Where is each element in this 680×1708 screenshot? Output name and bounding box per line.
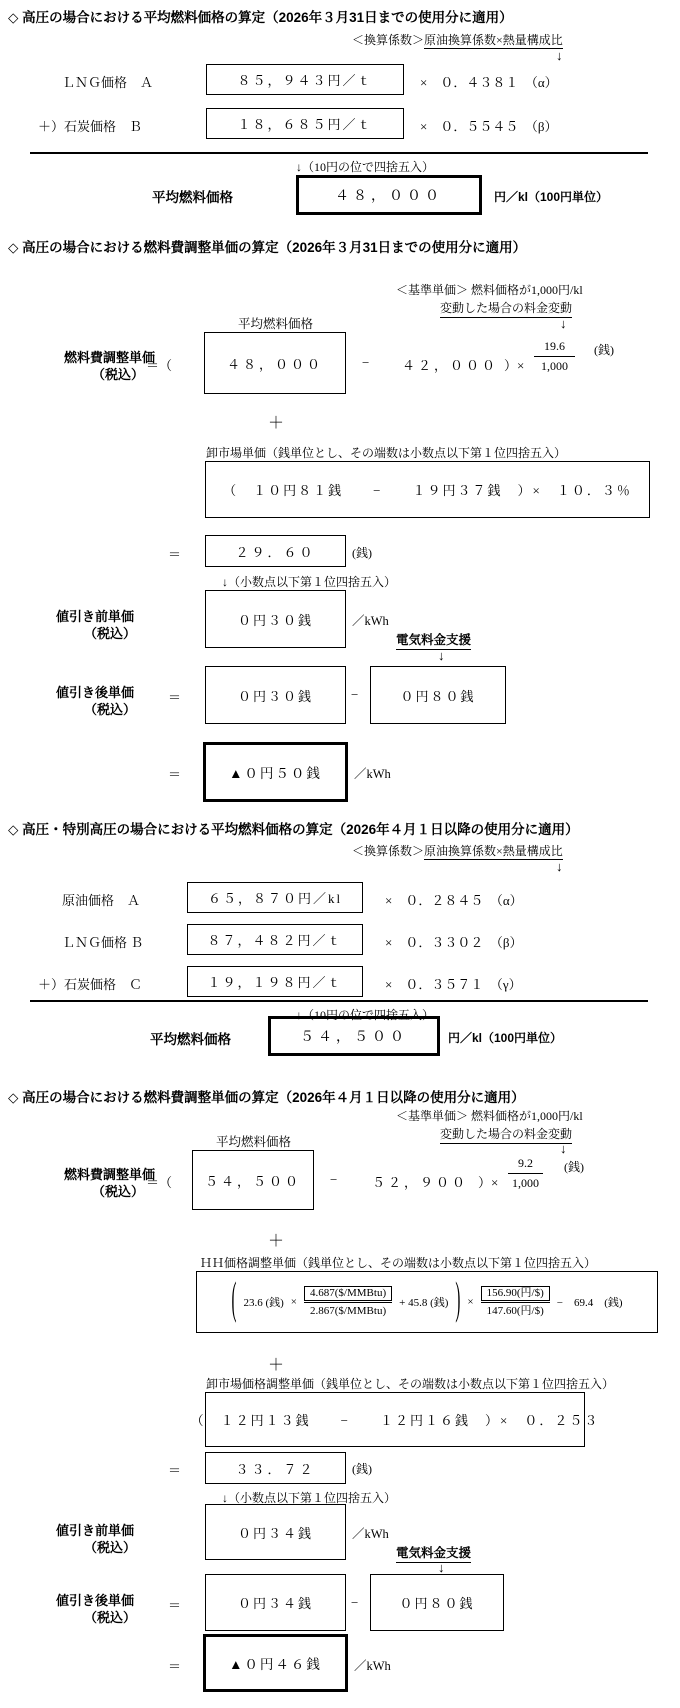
pre-discount-box: ０円３０銭 [205, 590, 346, 648]
minus-sign: − [330, 1172, 337, 1188]
hh-fx-numerator-box: 156.90(円/$) [481, 1286, 550, 1301]
base-unit-note-line2: 変動した場合の料金変動 [440, 299, 572, 318]
crude-price-label: 原油価格 Ａ [62, 890, 140, 909]
avg-price-eq-value: ５４，５００ [205, 1171, 301, 1190]
final-unit-value: ▲０円５０銭 [229, 762, 322, 782]
conversion-note-prefix: ＜換算係数＞ [352, 844, 424, 858]
post-discount-label2: （税込） [84, 699, 136, 718]
avg-fuel-price-box: ５４，５００ [268, 1016, 440, 1056]
subtotal-value: ２９．６０ [235, 542, 315, 561]
section1-conversion-note: ＜換算係数＞原油換算係数×熱量構成比 [352, 31, 563, 48]
market-price-formula: （ １０円８１銭 − １９円３７銭 ）× １０．３％ [223, 480, 632, 499]
subtotal-box: ２９．６０ [205, 535, 346, 567]
support-amount-box: ０円８０銭 [370, 1574, 504, 1631]
hh-price-caption: ＨＨ価格調整単価（銭単位とし、その端数は小数点以下第１位四捨五入） [200, 1254, 596, 1271]
post-discount-box: ０円３０銭 [205, 666, 346, 724]
crude-price-factor: × ０．２８４５ （α） [385, 890, 523, 909]
times-sign: × [467, 1296, 473, 1308]
down-arrow-icon: ↓ [556, 859, 563, 875]
section1-title: ◇ 高圧の場合における平均燃料価格の算定（2026年３月31日までの使用分に適用… [8, 6, 513, 26]
market-price-box: （ １０円８１銭 − １９円３７銭 ）× １０．３％ [205, 461, 650, 518]
adjustment-unit-label2: （税込） [92, 364, 144, 383]
conversion-note-underline: 原油換算係数×熱量構成比 [424, 844, 563, 860]
hh-gas-numerator-box: 4.687($/MMBtu) [304, 1286, 392, 1301]
per-kwh-unit: ／kWh [352, 611, 389, 629]
minus-sign: − [351, 687, 358, 703]
avg-price-eq-value: ４８，０００ [227, 354, 323, 373]
hh-coefficient: 23.6 (銭) [243, 1294, 283, 1310]
post-discount-value: ０円３０銭 [238, 686, 313, 705]
avg-fuel-price-unit: 円／kl（100円単位） [448, 1029, 562, 1046]
hh-plus-term: + 45.8 (銭) [399, 1294, 448, 1310]
base-unit-text: 燃料価格が1,000円/kl [471, 1109, 583, 1123]
equals-sign: ＝ [168, 1656, 181, 1675]
equals-sign: ＝ [168, 544, 181, 563]
pre-discount-value: ０円３４銭 [238, 1523, 313, 1542]
hh-tail-term: − 69.4 (銭) [557, 1294, 623, 1310]
big-open-paren: ( [231, 1277, 236, 1328]
fraction-denominator: 1,000 [541, 357, 568, 374]
big-close-paren: ) [455, 1277, 460, 1328]
lng-price-value: ８５，９４３円／ｔ [237, 70, 372, 89]
lng-price-box: ８７，４８２円／ｔ [187, 924, 363, 955]
per-kwh-unit: ／kWh [354, 764, 391, 782]
conversion-note-underline: 原油換算係数×熱量構成比 [424, 33, 563, 49]
down-arrow-icon: ↓ [556, 48, 563, 64]
down-arrow-icon: ↓ [560, 316, 567, 332]
lng-price-value: ８７，４８２円／ｔ [207, 930, 342, 949]
equals-sign: ＝ [168, 764, 181, 783]
hh-gas-fraction: 4.687($/MMBtu)2.867($/MMBtu) [304, 1286, 392, 1318]
base-unit-fraction: 19.61,000 [534, 339, 575, 374]
avg-fuel-price-value: ４８，０００ [335, 185, 443, 205]
fraction-numerator: 19.6 [534, 339, 575, 357]
sum-rule [30, 152, 648, 154]
per-kwh-unit: ／kWh [354, 1656, 391, 1674]
hh-price-box: ( 23.6 (銭) × 4.687($/MMBtu)2.867($/MMBtu… [196, 1271, 658, 1333]
coal-price-box: １９，１９８円／ｔ [187, 966, 363, 997]
avg-price-eq-box: ５４，５００ [192, 1150, 314, 1210]
base-unit-text: 燃料価格が1,000円/kl [471, 283, 583, 297]
rounding-note: ↓（小数点以下第１位四捨五入） [222, 573, 396, 590]
crude-price-value: ６５，８７０円／kl [208, 888, 342, 907]
support-amount-value: ０円８０銭 [400, 686, 475, 705]
section4-title: ◇ 高圧の場合における燃料費調整単価の算定（2026年４月１日以降の使用分に適用… [8, 1086, 525, 1106]
fraction-unit: (銭) [564, 1158, 584, 1175]
down-arrow-icon: ↓ [438, 648, 445, 664]
lng-price-factor: × ０．３３０２ （β） [385, 932, 522, 951]
pre-discount-label2: （税込） [84, 623, 136, 642]
base-price-value: ４２，０００ [402, 355, 498, 374]
conversion-note-prefix: ＜換算係数＞ [352, 33, 424, 47]
equals-sign: ＝ [168, 1595, 181, 1614]
per-kwh-unit: ／kWh [352, 1524, 389, 1542]
base-price-value: ５２，９００ [372, 1172, 468, 1191]
fuel-cost-adjustment-document: ◇ 高圧の場合における平均燃料価格の算定（2026年３月31日までの使用分に適用… [0, 0, 680, 1708]
final-unit-box: ▲０円５０銭 [203, 742, 348, 802]
post-discount-box: ０円３４銭 [205, 1574, 346, 1631]
support-amount-value: ０円８０銭 [399, 1593, 474, 1612]
base-unit-prefix: ＜基準単価＞ [396, 283, 468, 297]
pre-discount-box: ０円３４銭 [205, 1504, 346, 1560]
close-paren-times: ）× [504, 355, 524, 374]
hh-gas-denominator: 2.867($/MMBtu) [310, 1303, 386, 1318]
market-price-formula: （ １２円１３銭 − １２円１６銭 ）× ０．２５３ [191, 1410, 600, 1429]
final-unit-value: ▲０円４６銭 [229, 1653, 322, 1673]
plus-sign: ＋ [268, 1228, 284, 1251]
market-price-caption: 卸市場価格調整単価（銭単位とし、その端数は小数点以下第１位四捨五入） [206, 1375, 614, 1392]
support-amount-box: ０円８０銭 [370, 666, 506, 724]
final-unit-box: ▲０円４６銭 [203, 1634, 348, 1692]
pre-discount-value: ０円３０銭 [238, 610, 313, 629]
minus-sign: − [351, 1595, 358, 1611]
base-unit-fraction: 9.21,000 [508, 1156, 543, 1191]
hh-fx-fraction: 156.90(円/$)147.60(円/$) [481, 1286, 550, 1318]
sum-rule [30, 1000, 648, 1002]
avg-fuel-price-box: ４８，０００ [296, 175, 482, 215]
subtotal-unit: (銭) [352, 1460, 372, 1477]
coal-price-value: １８，６８５円／ｔ [237, 114, 372, 133]
adjustment-unit-label2: （税込） [92, 1181, 144, 1200]
down-arrow-icon: ↓ [560, 1141, 567, 1157]
base-unit-note-line1: ＜基準単価＞ 燃料価格が1,000円/kl [396, 281, 583, 298]
post-discount-value: ０円３４銭 [238, 1593, 313, 1612]
lng-price-box: ８５，９４３円／ｔ [206, 64, 404, 95]
avg-price-eq-box: ４８，０００ [204, 332, 346, 394]
hh-fx-denominator: 147.60(円/$) [487, 1303, 544, 1318]
coal-price-box: １８，６８５円／ｔ [206, 108, 404, 139]
avg-fuel-price-label: 平均燃料価格 [150, 1028, 231, 1048]
crude-price-box: ６５，８７０円／kl [187, 882, 363, 913]
equals-sign: ＝ [168, 687, 181, 706]
coal-price-label: ＋）石炭価格 Ｂ [38, 116, 142, 135]
section3-title: ◇ 高圧・特別高圧の場合における平均燃料価格の算定（2026年４月１日以降の使用… [8, 818, 579, 838]
fraction-denominator: 1,000 [512, 1174, 539, 1191]
lng-price-label: ＬＮＧ価格 Ａ [62, 72, 153, 91]
section3-conversion-note: ＜換算係数＞原油換算係数×熱量構成比 [352, 842, 563, 859]
coal-price-label: ＋）石炭価格 Ｃ [38, 974, 142, 993]
lng-price-label: ＬＮＧ価格 Ｂ [62, 932, 143, 951]
coal-price-value: １９，１９８円／ｔ [207, 972, 342, 991]
close-paren-times: ）× [478, 1172, 498, 1191]
plus-sign: ＋ [268, 1352, 284, 1375]
support-label: 電気料金支援 [396, 1543, 471, 1563]
fraction-numerator: 9.2 [508, 1156, 543, 1174]
subtotal-value: ３３．７２ [235, 1459, 315, 1478]
section2-title: ◇ 高圧の場合における燃料費調整単価の算定（2026年３月31日までの使用分に適… [8, 236, 526, 256]
equals-sign: ＝ [168, 1460, 181, 1479]
support-label: 電気料金支援 [396, 630, 471, 650]
eq-box-label: 平均燃料価格 [216, 1132, 291, 1150]
post-discount-label2: （税込） [84, 1607, 136, 1626]
coal-price-factor: × ０．３５７１ （γ） [385, 974, 522, 993]
subtotal-box: ３３．７２ [205, 1452, 346, 1484]
plus-sign: ＋ [268, 410, 284, 433]
lng-price-factor: × ０．４３８１ （α） [420, 72, 558, 91]
equals-open-paren: ＝（ [146, 355, 172, 374]
subtotal-unit: (銭) [352, 544, 372, 561]
minus-sign: − [362, 355, 369, 371]
fraction-unit: (銭) [594, 341, 614, 358]
market-price-caption: 卸市場単価（銭単位とし、その端数は小数点以下第１位四捨五入） [206, 444, 566, 461]
avg-fuel-price-value: ５４，５００ [300, 1026, 408, 1046]
equals-open-paren: ＝（ [146, 1172, 172, 1191]
base-unit-prefix: ＜基準単価＞ [396, 1109, 468, 1123]
market-price-box: （ １２円１３銭 − １２円１６銭 ）× ０．２５３ [205, 1392, 585, 1447]
base-unit-note-line1: ＜基準単価＞ 燃料価格が1,000円/kl [396, 1107, 583, 1124]
rounding-note: ↓（10円の位で四捨五入） [296, 158, 434, 175]
avg-fuel-price-unit: 円／kl（100円単位） [494, 188, 608, 205]
avg-fuel-price-label: 平均燃料価格 [152, 186, 233, 206]
eq-box-label: 平均燃料価格 [238, 314, 313, 332]
coal-price-factor: × ０．５５４５ （β） [420, 116, 557, 135]
base-unit-note-line2: 変動した場合の料金変動 [440, 1125, 572, 1144]
times-sign: × [291, 1296, 297, 1308]
pre-discount-label2: （税込） [84, 1537, 136, 1556]
